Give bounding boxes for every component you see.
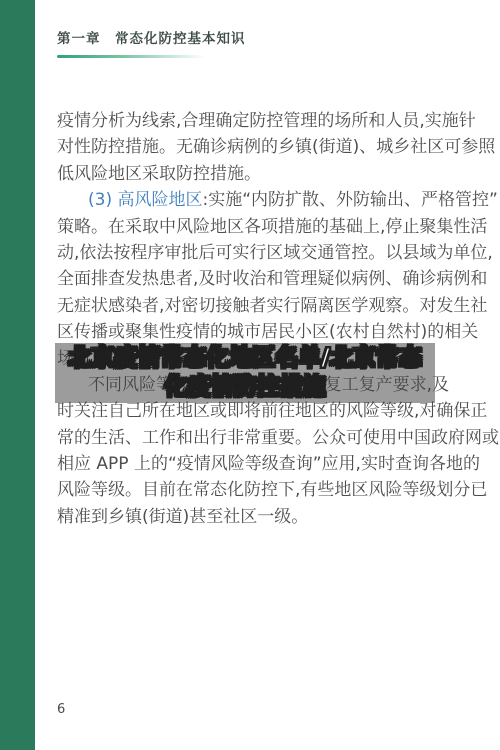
body-line-highlighted: (3) 高风险地区:实施“内防扩散、外防输出、严格管控” [57,187,449,213]
body-line: 精准到乡镇(街道)甚至社区一级。 [57,504,449,530]
highlight-term: (3) 高风险地区 [88,190,202,210]
page-number: 6 [57,702,65,717]
body-line-rest: :实施“内防扩散、外防输出、严格管控” [202,190,497,210]
body-line: 对性防控措施。无确诊病例的乡镇(街道)、城乡社区可参照 [57,134,449,160]
body-line: 无症状感染者,对密切接触者实行隔离医学观察。对发生社 [57,293,449,319]
body-line: 常的生活、工作和出行非常重要。公众可使用中国政府网或 [57,425,449,451]
body-line: 疫情分析为线索,合理确定防控管理的场所和人员,实施针 [57,108,449,134]
body-text-block: 疫情分析为线索,合理确定防控管理的场所和人员,实施针 对性防控措施。无确诊病例的… [57,108,449,530]
body-line: 区传播或聚集性疫情的城市居民小区(农村自然村)的相关 [57,319,449,345]
body-line: 策略。在采取中风险地区各项措施的基础上,停止聚集性活 [57,214,449,240]
watermark-title-line1: 北京疫情常态化地区名单/北京常态 [55,344,435,373]
green-spine-bar [0,0,35,750]
body-line: 相应 APP 上的“疫情风险等级查询”应用,实时查询各地的 [57,451,449,477]
body-line: 全面排查发热患者,及时收治和管理疑似病例、确诊病例和 [57,266,449,292]
chapter-underline [57,55,205,58]
chapter-heading: 第一章 常态化防控基本知识 [57,27,457,47]
book-page: 第一章 常态化防控基本知识 疫情分析为线索,合理确定防控管理的场所和人员,实施针… [0,0,500,750]
watermark-title-line2: 化疫情防控措施 [55,373,435,402]
body-line: 动,依法按程序审批后可实行区域交通管控。以县域为单位, [57,240,449,266]
body-line: 低风险地区采取防控措施。 [57,161,449,187]
watermark-overlay-band: 北京疫情常态化地区名单/北京常态 化疫情防控措施 [55,343,435,403]
body-line: 风险等级。目前在常态化防控下,有些地区风险等级划分已 [57,477,449,503]
